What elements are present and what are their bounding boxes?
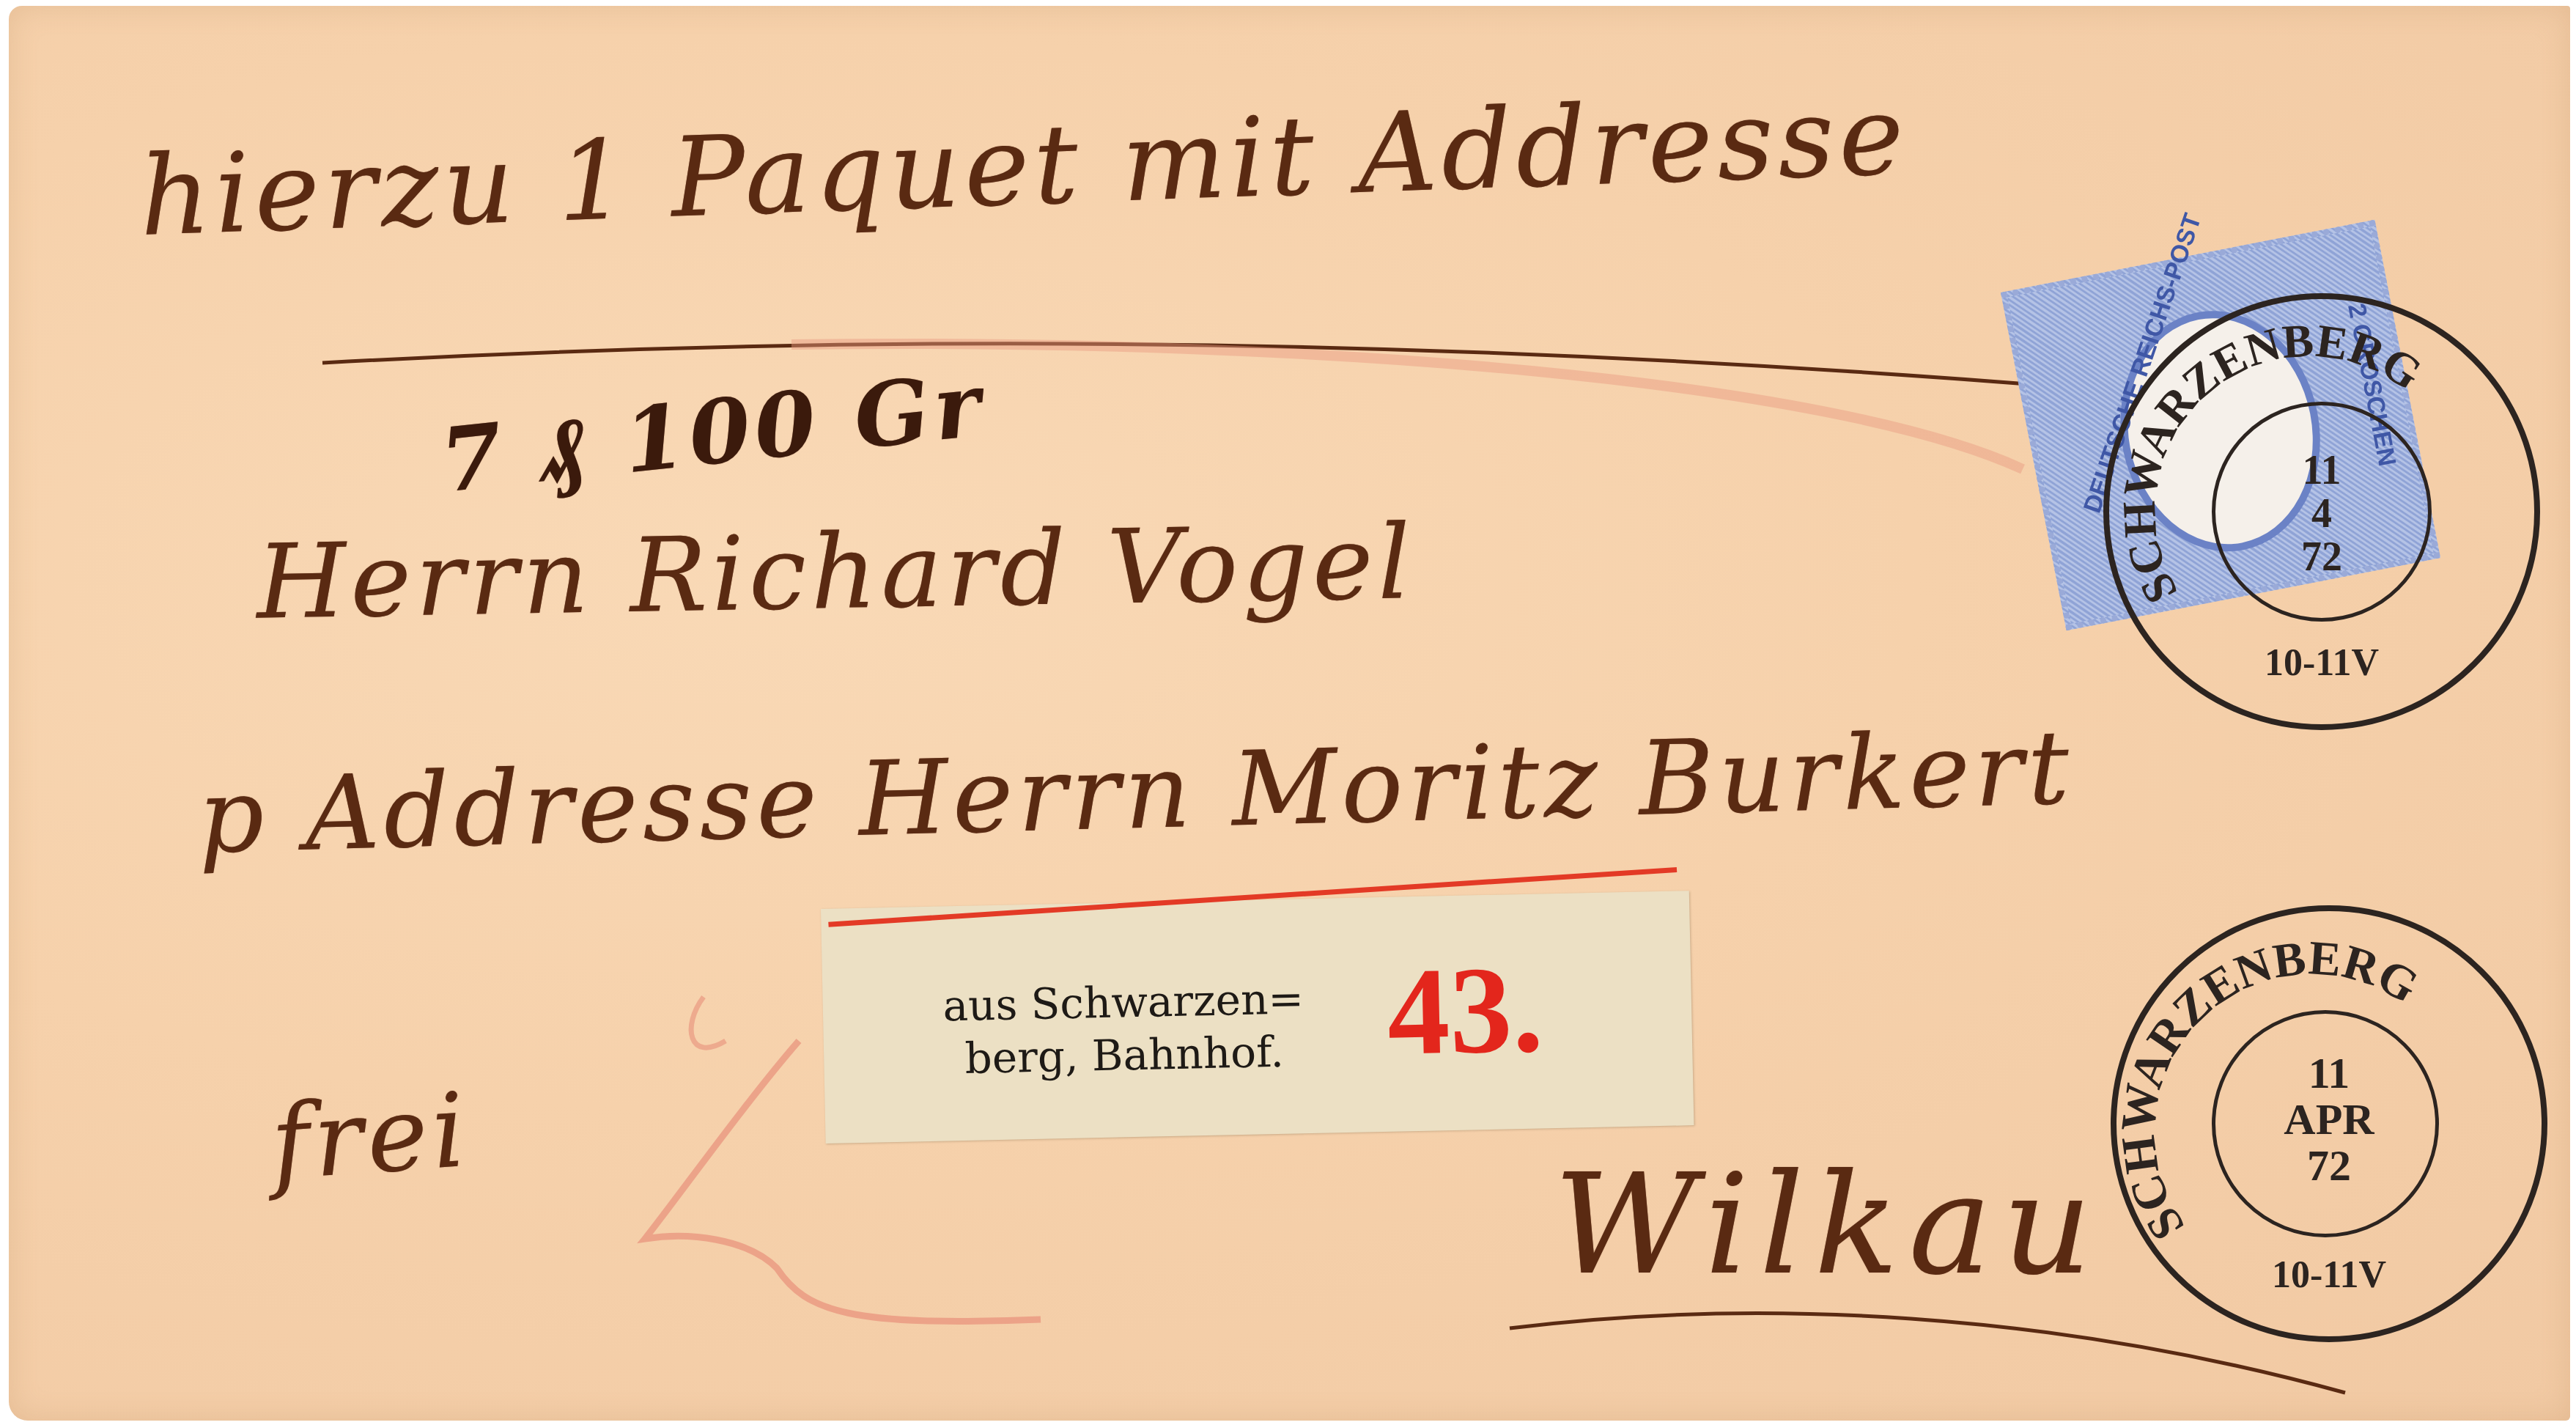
- postmark-time: 10-11V: [2109, 644, 2534, 684]
- postmark-date: 11 4 72: [2109, 449, 2534, 578]
- postmark-time: 10-11V: [2116, 1256, 2542, 1296]
- label-origin-line2: berg, Bahnhof.: [919, 1025, 1330, 1086]
- postmark-tied: SCHWARZENBERG 11 APR 72 10-11V: [2111, 905, 2547, 1342]
- label-number: 43.: [1386, 938, 1545, 1083]
- postmark-date: 11 APR 72: [2116, 1050, 2542, 1189]
- handwritten-destination: Wilkau: [1554, 1144, 2102, 1306]
- label-origin: aus Schwarzen= berg, Bahnhof.: [918, 972, 1330, 1086]
- postmark-on-stamp: SCHWARZENBERG 11 4 72 10-11V: [2103, 293, 2540, 730]
- label-origin-line1: aus Schwarzen=: [918, 972, 1329, 1034]
- handwritten-frei: frei: [267, 1071, 473, 1204]
- registration-label: aus Schwarzen= berg, Bahnhof. 43.: [821, 891, 1694, 1144]
- handwritten-addressee: Herrn Richard Vogel: [256, 503, 1416, 643]
